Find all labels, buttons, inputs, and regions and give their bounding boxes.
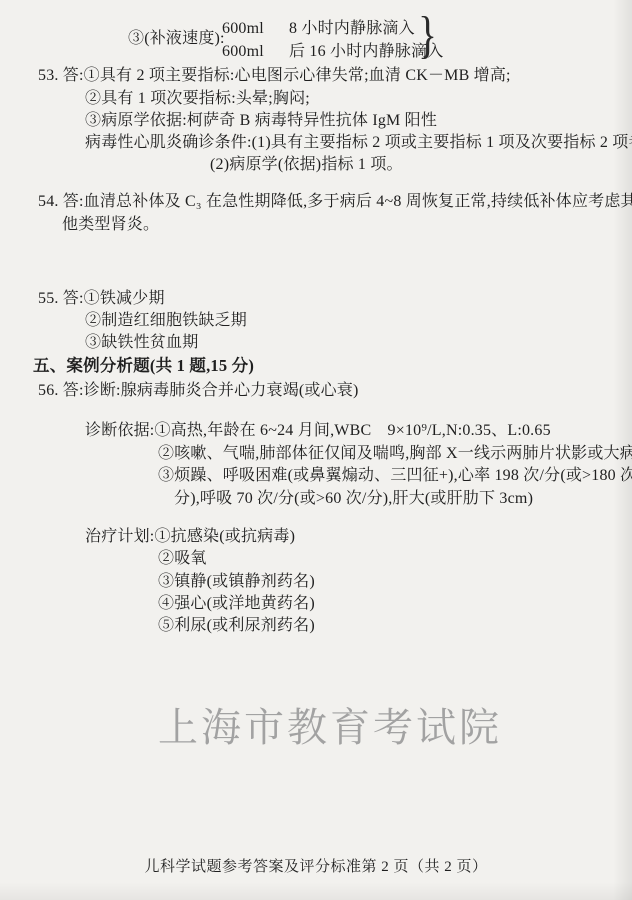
q56-diagnosis-basis-line-3: ③烦躁、呼吸困难(或鼻翼煽动、三凹征+),心率 198 次/分(或>180 次/	[158, 466, 632, 486]
q56-diagnosis-basis-line-2: ②咳嗽、气喘,肺部体征仅闻及喘鸣,胸部 X一线示两肺片状影或大病灶。	[158, 444, 632, 464]
q56-diagnosis-basis-line-4: 分),呼吸 70 次/分(或>60 次/分),肝大(或肝肋下 3cm)	[174, 489, 533, 509]
page-footer: 儿科学试题参考答案及评分标准第 2 页（共 2 页）	[0, 855, 632, 876]
q56-diagnosis-basis-line-1: 诊断依据:①高热,年龄在 6~24 月间,WBC 9×10⁹/L,N:0.35、…	[85, 421, 551, 441]
q56-treatment-plan-line-4: ④强心(或洋地黄药名)	[158, 594, 315, 614]
q56-diagnosis-line: 56. 答:诊断:腺病毒肺炎合并心力衰竭(或心衰)	[38, 381, 359, 401]
q53-answer-line-1: 53. 答:①具有 2 项主要指标:心电图示心律失常;血清 CK－MB 增高;	[38, 66, 511, 86]
q54-answer-line-1: 54. 答:血清总补体及 C₃ 在急性期降低,多于病后 4~8 周恢复正常,持续…	[38, 192, 632, 212]
scanned-answer-sheet-page: ③(补液速度): 600ml 8 小时内静脉滴入 600ml 后 16 小时内静…	[0, 0, 632, 900]
infusion-desc-1: 8 小时内静脉滴入	[289, 19, 415, 39]
q56-treatment-plan-line-5: ⑤利尿(或利尿剂药名)	[158, 616, 315, 636]
q53-answer-line-2: ②具有 1 项次要指标:头晕;胸闷;	[85, 89, 310, 109]
q55-answer-line-2: ②制造红细胞铁缺乏期	[85, 311, 247, 331]
q55-answer-line-3: ③缺铁性贫血期	[85, 333, 198, 353]
q53-answer-line-5: (2)病原学(依据)指标 1 项。	[210, 155, 403, 175]
q55-answer-line-1: 55. 答:①铁减少期	[38, 289, 165, 309]
q56-treatment-plan-line-1: 治疗计划:①抗感染(或抗病毒)	[85, 527, 295, 547]
infusion-volume-1: 600ml	[222, 19, 264, 39]
grouping-brace: }	[418, 10, 437, 62]
q56-treatment-plan-line-3: ③镇静(或镇静剂药名)	[158, 572, 315, 592]
institution-watermark: 上海市教育考试院	[158, 700, 502, 756]
q53-answer-line-3: ③病原学依据:柯萨奇 B 病毒特异性抗体 IgM 阳性	[85, 111, 437, 131]
q56-treatment-plan-line-2: ②吸氧	[158, 549, 207, 569]
q53-answer-line-4: 病毒性心肌炎确诊条件:(1)具有主要指标 2 项或主要指标 1 项及次要指标 2…	[85, 133, 632, 153]
q54-answer-line-2: 他类型肾炎。	[62, 215, 159, 235]
infusion-volume-2: 600ml	[222, 42, 264, 62]
infusion-rate-label: ③(补液速度):	[128, 29, 225, 49]
section-5-heading: 五、案例分析题(共 1 题,15 分)	[33, 356, 254, 376]
